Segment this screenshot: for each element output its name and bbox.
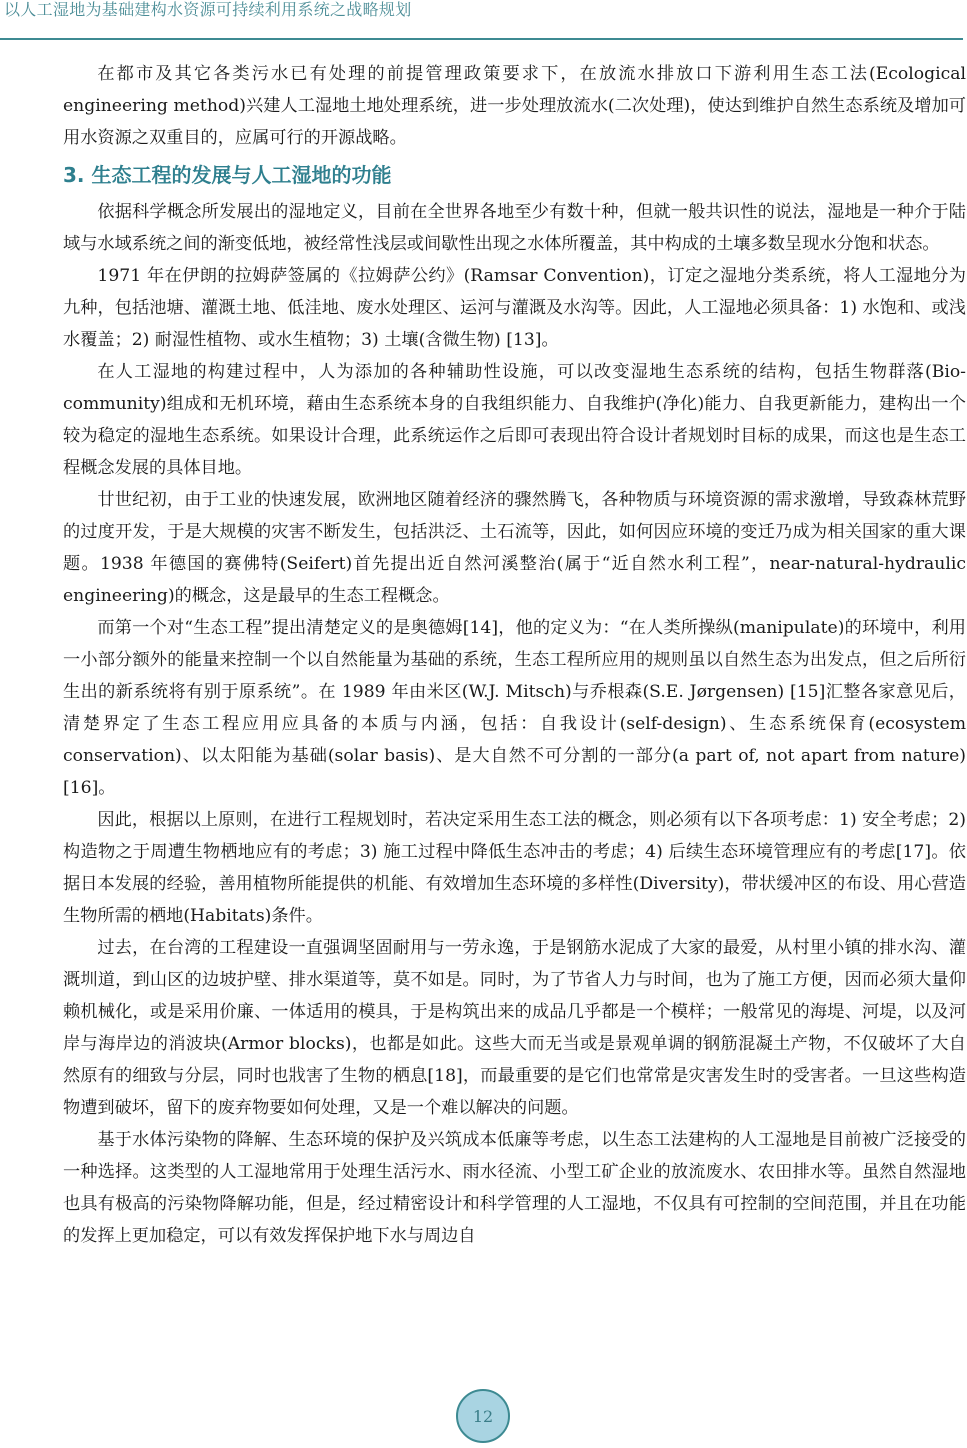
paragraph-20th-century-history: 廿世纪初，由于工业的快速发展，欧洲地区随着经济的骤然腾飞，各种物质与环境资源的需… (63, 484, 966, 612)
running-header-title: 以人工湿地为基础建构水资源可持续利用系统之战略规划 (4, 0, 412, 20)
paragraph-constructed-wetland-process: 在人工湿地的构建过程中，人为添加的各种辅助性设施，可以改变湿地生态系统的结构，包… (63, 356, 966, 484)
header-divider (0, 38, 963, 40)
intro-paragraph: 在都市及其它各类污水已有处理的前提管理政策要求下，在放流水排放口下游利用生态工法… (63, 58, 966, 154)
paragraph-odum-definition: 而第一个对“生态工程”提出清楚定义的是奥德姆[14]，他的定义为：“在人类所操纵… (63, 612, 966, 804)
paragraph-taiwan-engineering: 过去，在台湾的工程建设一直强调坚固耐用与一劳永逸，于是钢筋水泥成了大家的最爱，从… (63, 932, 966, 1124)
page-number-badge: 12 (456, 1389, 510, 1443)
section-heading: 3. 生态工程的发展与人工湿地的功能 (63, 160, 966, 190)
paragraph-wetland-definition: 依据科学概念所发展出的湿地定义，目前在全世界各地至少有数十种，但就一般共识性的说… (63, 196, 966, 260)
paragraph-ramsar-convention: 1971 年在伊朗的拉姆萨签属的《拉姆萨公约》(Ramsar Conventio… (63, 260, 966, 356)
page-content: 在都市及其它各类污水已有处理的前提管理政策要求下，在放流水排放口下游利用生态工法… (63, 58, 966, 1252)
paragraph-planning-considerations: 因此，根据以上原则，在进行工程规划时，若决定采用生态工法的概念，则必须有以下各项… (63, 804, 966, 932)
paragraph-wetland-advantages: 基于水体污染物的降解、生态环境的保护及兴筑成本低廉等考虑，以生态工法建构的人工湿… (63, 1124, 966, 1252)
